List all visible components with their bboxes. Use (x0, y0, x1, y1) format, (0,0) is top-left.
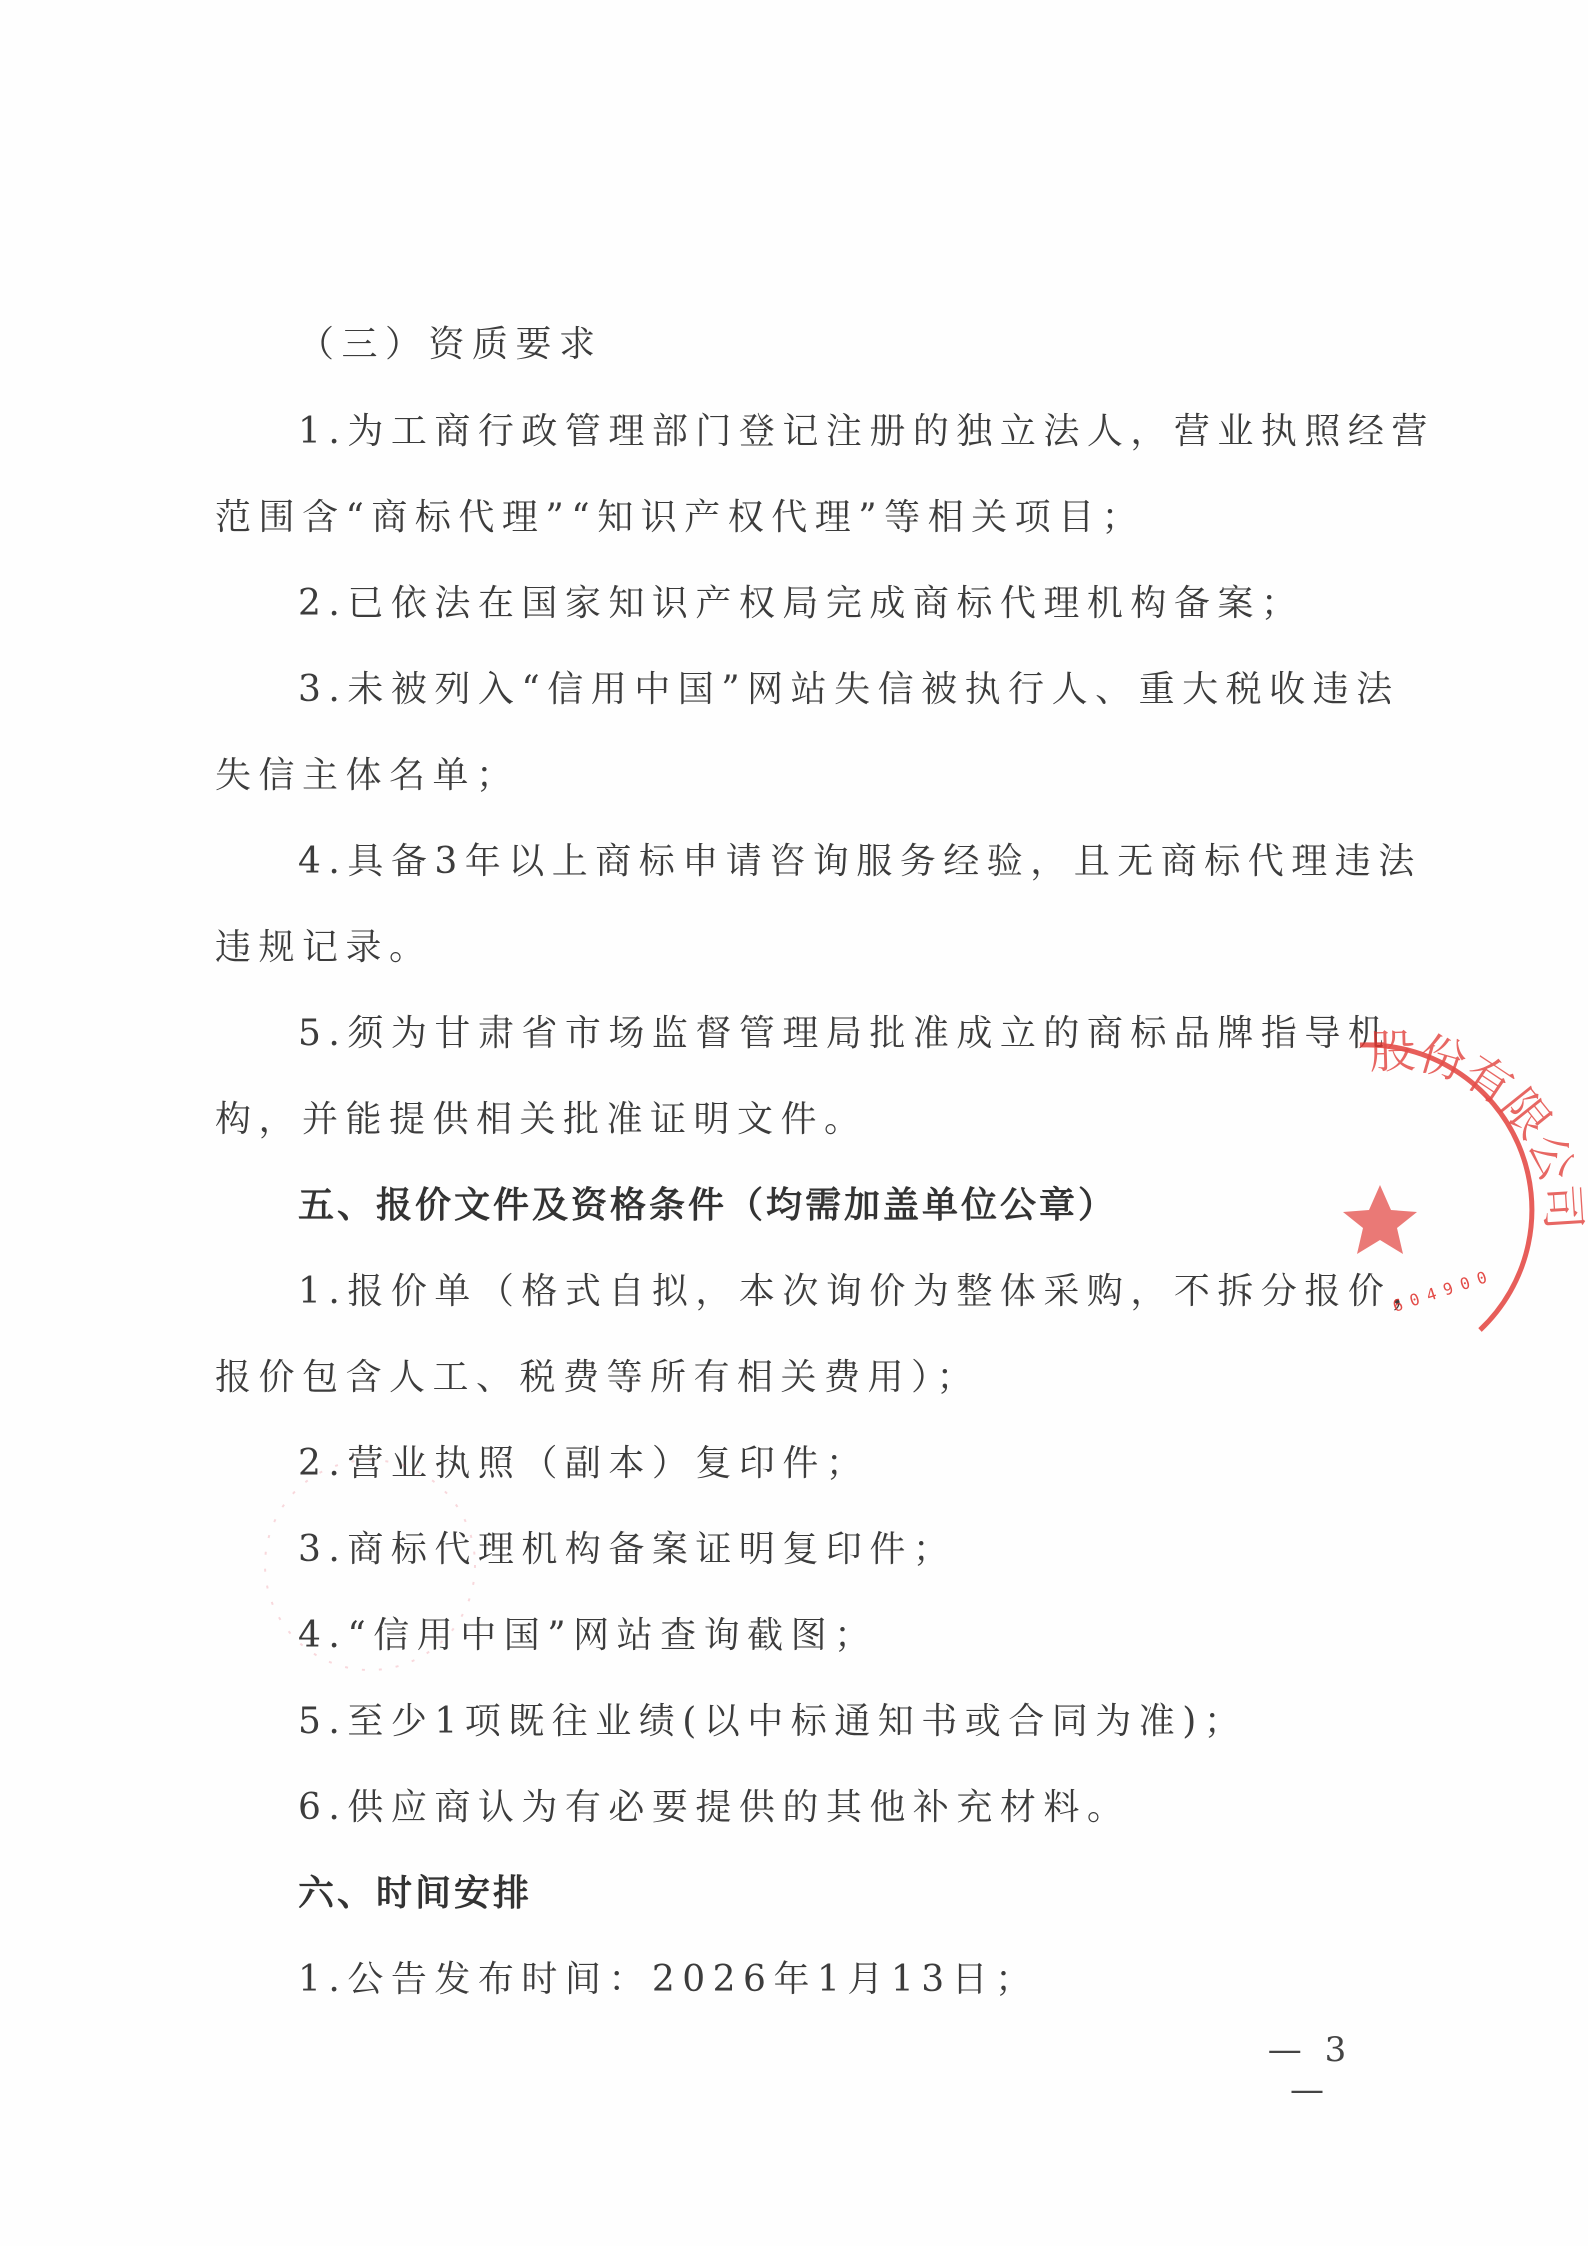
section-heading: 五、报价文件及资格条件（均需加盖单位公章） (298, 1176, 1378, 1236)
section-heading: 六、时间安排 (298, 1864, 1378, 1924)
text-line: 违规记录。 (215, 918, 1375, 978)
text-line: 4.“信用中国”网站查询截图； (298, 1606, 1378, 1666)
text-line: 6.供应商认为有必要提供的其他补充材料。 (298, 1778, 1378, 1838)
text-line: 3.商标代理机构备案证明复印件； (298, 1520, 1378, 1580)
document-page: （三）资质要求 1.为工商行政管理部门登记注册的独立法人，营业执照经营 范围含“… (0, 0, 1588, 2246)
text-line: 1.为工商行政管理部门登记注册的独立法人，营业执照经营 (298, 402, 1378, 462)
text-line: 构，并能提供相关批准证明文件。 (215, 1090, 1375, 1150)
text-line: 报价包含人工、税费等所有相关费用）； (215, 1348, 1375, 1408)
svg-text:股份有限公司: 股份有限公司 (1369, 1024, 1588, 1232)
text-line: 失信主体名单； (215, 746, 1375, 806)
text-line: 范围含“商标代理”“知识产权代理”等相关项目； (215, 488, 1375, 548)
text-line: 4.具备3年以上商标申请咨询服务经验，且无商标代理违法 (298, 832, 1378, 892)
text-line: （三）资质要求 (298, 315, 1378, 375)
text-line: 2.已依法在国家知识产权局完成商标代理机构备案； (298, 574, 1378, 634)
seal-arc-text: 股份有限公司 (1369, 1024, 1588, 1232)
text-line: 5.至少1项既往业绩(以中标通知书或合同为准)； (298, 1692, 1378, 1752)
text-line: 5.须为甘肃省市场监督管理局批准成立的商标品牌指导机 (298, 1004, 1378, 1064)
text-line: 2.营业执照（副本）复印件； (298, 1434, 1378, 1494)
page-number: — 3 — (1240, 2030, 1380, 2110)
text-line: 1.报价单（格式自拟，本次询价为整体采购，不拆分报价， (298, 1262, 1378, 1322)
text-line: 1.公告发布时间：2026年1月13日； (298, 1950, 1378, 2010)
text-line: 3.未被列入“信用中国”网站失信被执行人、重大税收违法 (298, 660, 1378, 720)
